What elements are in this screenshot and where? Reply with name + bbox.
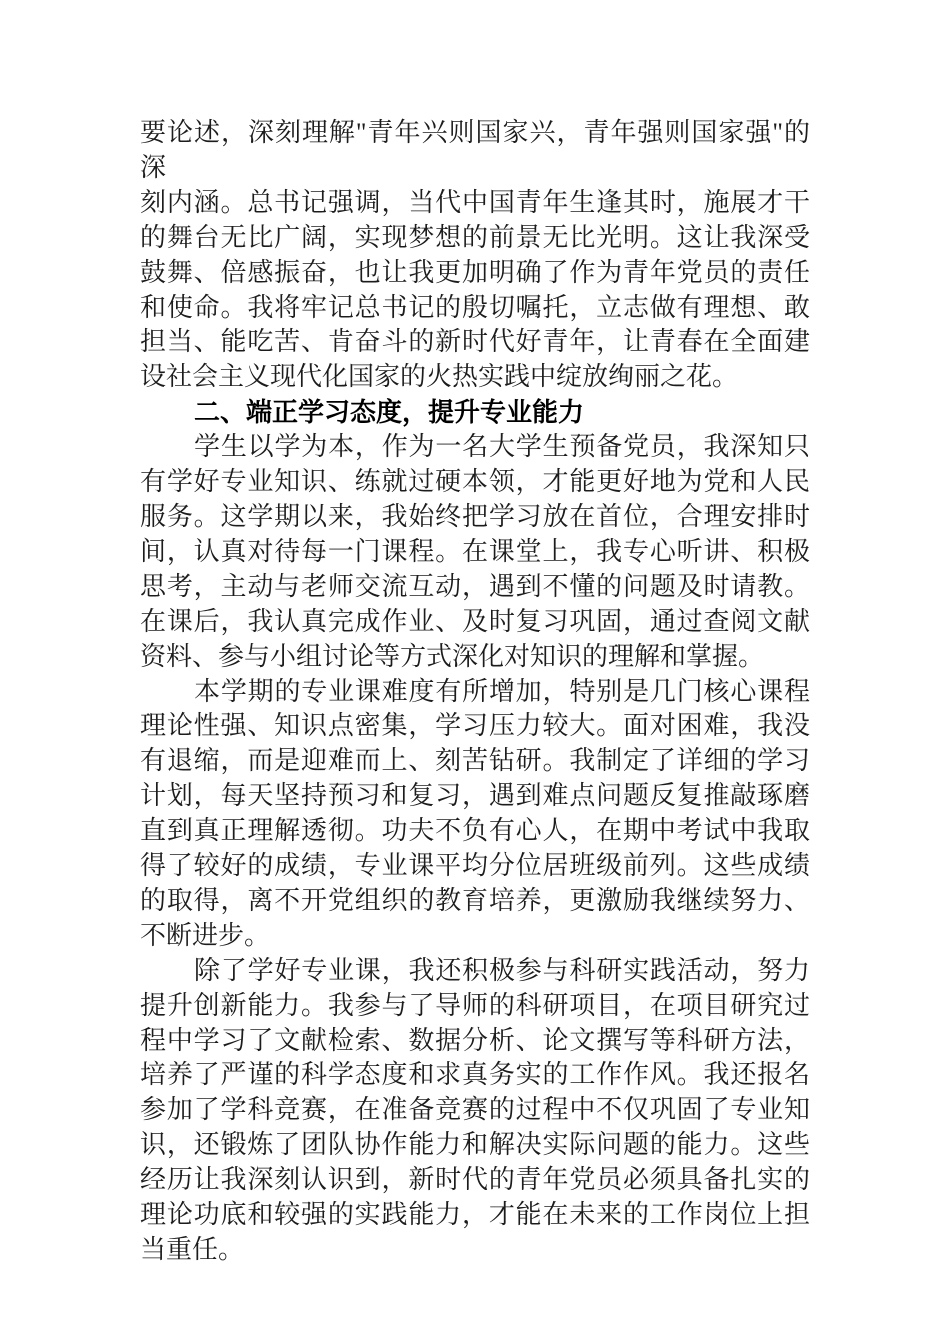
text-line: 的舞台无比广阔，实现梦想的前景无比光明。这让我深受	[140, 221, 810, 256]
text-line: 思考，主动与老师交流互动，遇到不懂的问题及时请教。	[140, 570, 810, 605]
text-line: 有学好专业知识、练就过硬本领，才能更好地为党和人民	[140, 465, 810, 500]
text-line: 和使命。我将牢记总书记的殷切嘱托，立志做有理想、敢	[140, 291, 810, 326]
text-line: 程中学习了文献检索、数据分析、论文撰写等科研方法，	[140, 1024, 810, 1059]
text-line: 刻内涵。总书记强调，当代中国青年生逢其时，施展才干	[140, 186, 810, 221]
text-line: 要论述，深刻理解"青年兴则国家兴，青年强则国家强"的深	[140, 116, 810, 186]
text-line: 参加了学科竞赛，在准备竞赛的过程中不仅巩固了专业知	[140, 1093, 810, 1128]
text-line: 资料、参与小组讨论等方式深化对知识的理解和掌握。	[140, 640, 810, 675]
paragraph-continued-from-previous-page: 要论述，深刻理解"青年兴则国家兴，青年强则国家强"的深 刻内涵。总书记强调，当代…	[140, 116, 810, 395]
text-line: 经历让我深刻认识到，新时代的青年党员必须具备扎实的	[140, 1163, 810, 1198]
text-line: 服务。这学期以来，我始终把学习放在首位，合理安排时	[140, 500, 810, 535]
document-body: 要论述，深刻理解"青年兴则国家兴，青年强则国家强"的深 刻内涵。总书记强调，当代…	[140, 116, 810, 1268]
text-line: 识，还锻炼了团队协作能力和解决实际问题的能力。这些	[140, 1128, 810, 1163]
text-line: 学生以学为本，作为一名大学生预备党员，我深知只	[140, 430, 810, 465]
text-line: 有退缩，而是迎难而上、刻苦钻研。我制定了详细的学习	[140, 744, 810, 779]
section-2-heading: 二、端正学习态度，提升专业能力	[140, 395, 810, 430]
paragraph-research-practice: 除了学好专业课，我还积极参与科研实践活动，努力 提升创新能力。我参与了导师的科研…	[140, 954, 810, 1268]
text-line: 计划，每天坚持预习和复习，遇到难点问题反复推敲琢磨	[140, 779, 810, 814]
text-line: 设社会主义现代化国家的火热实践中绽放绚丽之花。	[140, 360, 810, 395]
text-line: 在课后，我认真完成作业、及时复习巩固，通过查阅文献	[140, 605, 810, 640]
text-line: 理论功底和较强的实践能力，才能在未来的工作岗位上担	[140, 1198, 810, 1233]
text-line: 担当、能吃苦、肯奋斗的新时代好青年，让青春在全面建	[140, 325, 810, 360]
text-line: 得了较好的成绩，专业课平均分位居班级前列。这些成绩	[140, 849, 810, 884]
text-line: 当重任。	[140, 1233, 810, 1268]
text-line: 不断进步。	[140, 919, 810, 954]
text-line: 除了学好专业课，我还积极参与科研实践活动，努力	[140, 954, 810, 989]
text-line: 培养了严谨的科学态度和求真务实的工作作风。我还报名	[140, 1058, 810, 1093]
text-line: 鼓舞、倍感振奋，也让我更加明确了作为青年党员的责任	[140, 256, 810, 291]
text-line: 直到真正理解透彻。功夫不负有心人，在期中考试中我取	[140, 814, 810, 849]
text-line: 的取得，离不开党组织的教育培养，更激励我继续努力、	[140, 884, 810, 919]
document-page: 要论述，深刻理解"青年兴则国家兴，青年强则国家强"的深 刻内涵。总书记强调，当代…	[0, 0, 950, 1344]
text-line: 本学期的专业课难度有所增加，特别是几门核心课程	[140, 675, 810, 710]
text-line: 提升创新能力。我参与了导师的科研项目，在项目研究过	[140, 989, 810, 1024]
text-line: 间，认真对待每一门课程。在课堂上，我专心听讲、积极	[140, 535, 810, 570]
paragraph-study-attitude: 学生以学为本，作为一名大学生预备党员，我深知只 有学好专业知识、练就过硬本领，才…	[140, 430, 810, 674]
paragraph-coursework: 本学期的专业课难度有所增加，特别是几门核心课程 理论性强、知识点密集，学习压力较…	[140, 675, 810, 954]
text-line: 理论性强、知识点密集，学习压力较大。面对困难，我没	[140, 709, 810, 744]
